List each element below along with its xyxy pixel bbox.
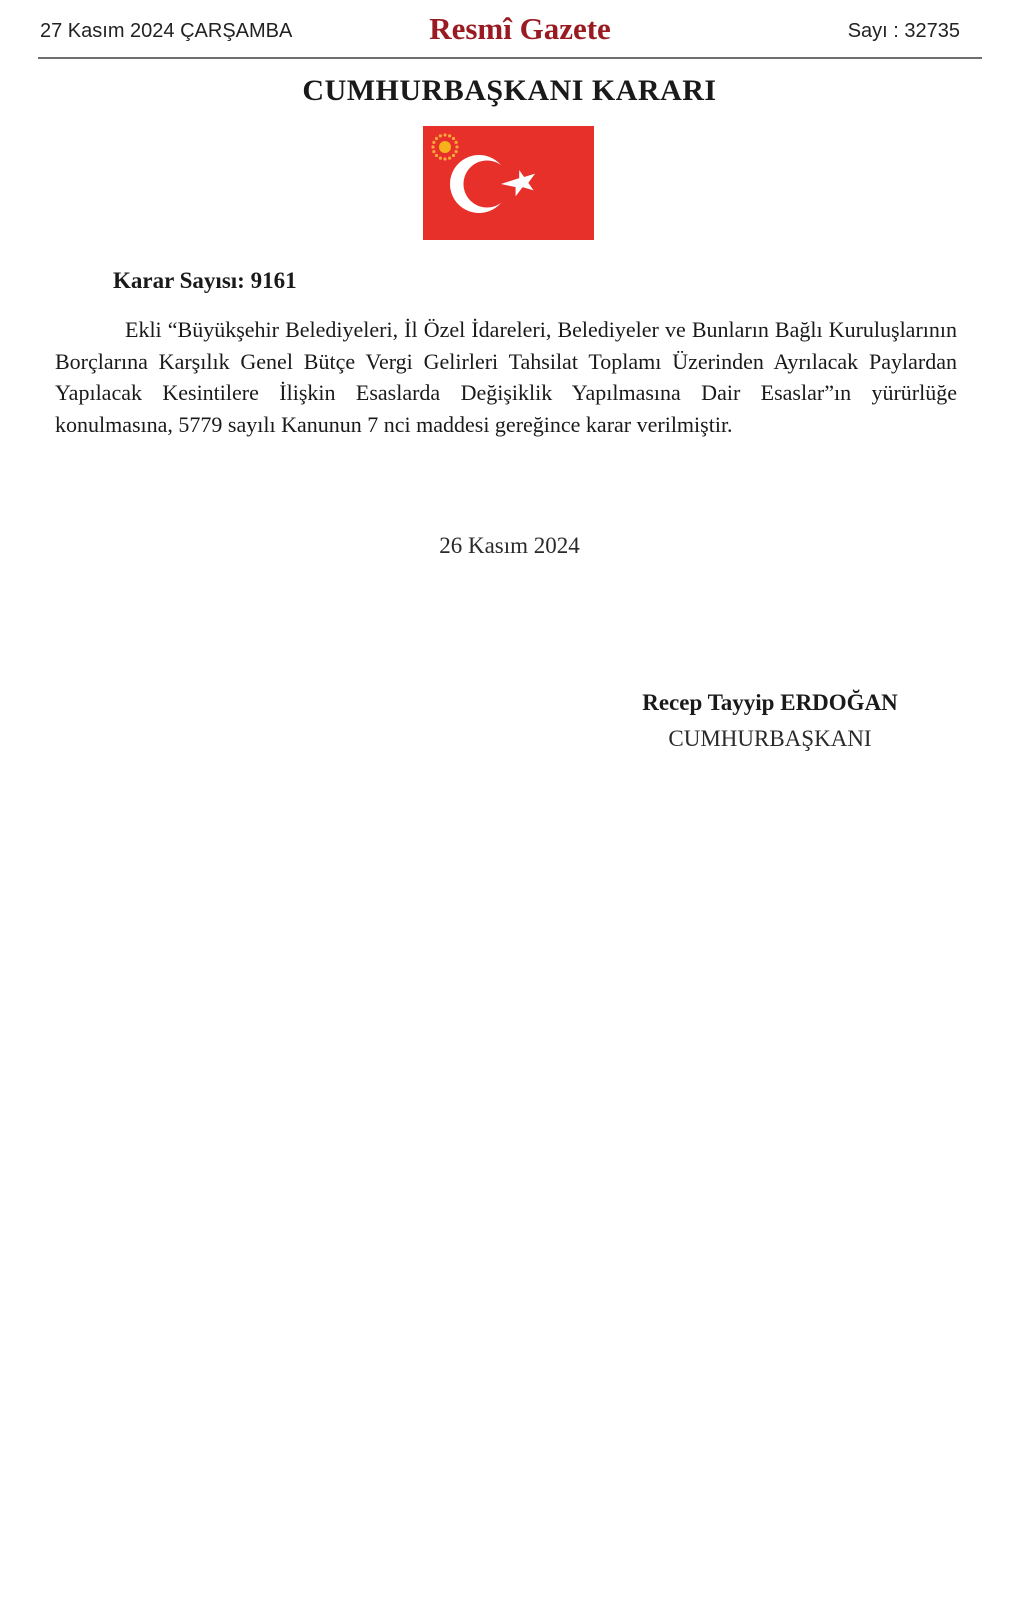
document-type-heading: CUMHURBAŞKANI KARARI <box>0 74 1019 108</box>
turkish-presidential-flag-icon <box>423 126 594 240</box>
issue-number: Sayı : 32735 <box>848 20 960 43</box>
signer-name: Recep Tayyip ERDOĞAN <box>620 690 920 716</box>
gazette-header: 27 Kasım 2024 ÇARŞAMBA Resmî Gazete Sayı… <box>38 0 982 58</box>
signer-title: CUMHURBAŞKANI <box>620 726 920 752</box>
decision-number: Karar Sayısı: 9161 <box>113 268 297 294</box>
header-divider <box>38 57 982 59</box>
signing-date: 26 Kasım 2024 <box>0 533 1019 559</box>
publication-title: Resmî Gazete <box>38 11 982 47</box>
decision-body: Ekli “Büyükşehir Belediyeleri, İl Özel İ… <box>55 314 957 440</box>
signature-block: Recep Tayyip ERDOĞAN CUMHURBAŞKANI <box>620 690 920 752</box>
